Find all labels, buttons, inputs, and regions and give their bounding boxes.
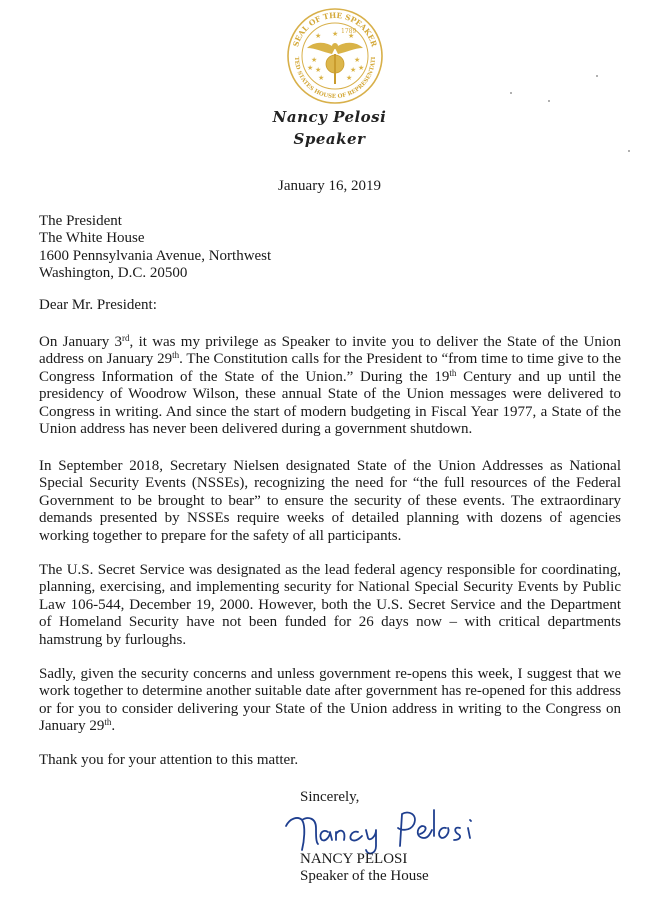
recipient-line: The President xyxy=(39,213,271,230)
svg-text:★: ★ xyxy=(348,32,354,40)
recipient-line: The White House xyxy=(39,230,271,247)
body-paragraph-5: Thank you for your attention to this mat… xyxy=(39,752,298,769)
body-paragraph-4: Sadly, given the security concerns and u… xyxy=(39,666,621,736)
svg-text:★: ★ xyxy=(332,30,338,38)
closing: Sincerely, xyxy=(300,789,359,806)
body-paragraph-1: On January 3rd, it was my privilege as S… xyxy=(39,334,621,438)
svg-text:★: ★ xyxy=(358,64,364,72)
signer-name: NANCY PELOSI xyxy=(300,851,429,868)
signer-title: Speaker of the House xyxy=(300,868,429,885)
svg-text:★: ★ xyxy=(350,66,356,74)
svg-text:★: ★ xyxy=(307,64,313,72)
recipient-line: 1600 Pennsylvania Avenue, Northwest xyxy=(39,248,271,265)
recipient-line: Washington, D.C. 20500 xyxy=(39,265,271,282)
body-paragraph-3: The U.S. Secret Service was designated a… xyxy=(39,562,621,649)
svg-text:★: ★ xyxy=(346,74,352,82)
svg-text:★: ★ xyxy=(315,32,321,40)
body-paragraph-2: In September 2018, Secretary Nielsen des… xyxy=(39,458,621,545)
recipient-address: The President The White House 1600 Penns… xyxy=(39,213,271,283)
svg-text:★: ★ xyxy=(315,66,321,74)
svg-text:★: ★ xyxy=(354,56,360,64)
seal-of-the-speaker-icon: SEAL OF THE SPEAKER UNITED STATES HOUSE … xyxy=(285,6,385,106)
letterhead-name: Nancy Pelosi xyxy=(0,108,659,126)
svg-text:★: ★ xyxy=(318,74,324,82)
salutation: Dear Mr. President: xyxy=(39,297,157,314)
signer-block: NANCY PELOSI Speaker of the House xyxy=(300,851,429,886)
letter-date: January 16, 2019 xyxy=(0,178,659,195)
svg-text:★: ★ xyxy=(311,56,317,64)
letterhead-title: Speaker xyxy=(0,130,659,148)
